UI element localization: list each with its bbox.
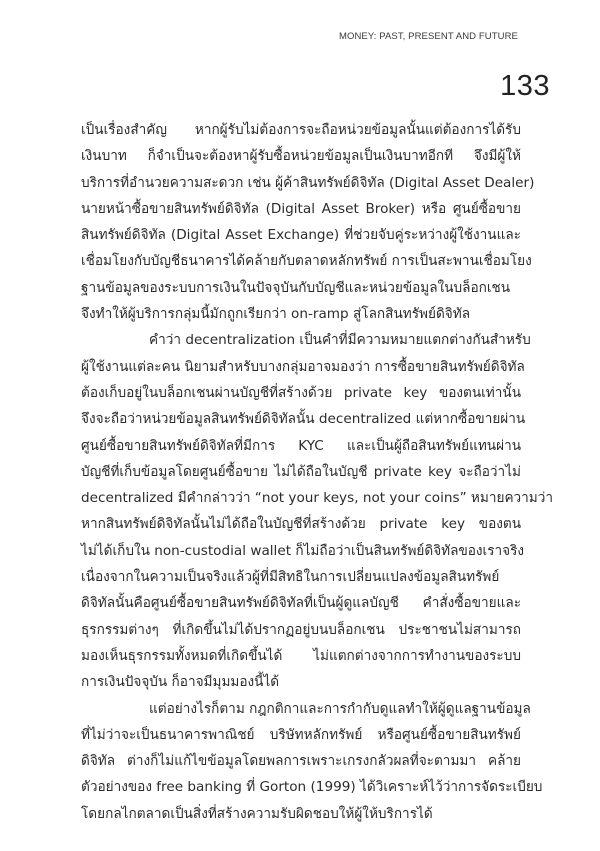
text-line: ผู้ใช้งานแต่ละคน นิยามสำหรับบางกลุ่มอาจม… [81,354,521,380]
paragraph-1: เป็นเรื่องสำคัญ หากผู้รับไม่ต้องการจะถือ… [81,117,521,327]
text-line: บัญชีที่เก็บข้อมูลโดยศูนย์ซื้อขาย ไม่ได้… [81,459,521,485]
text-line: ดิจิทัลนั้นคือศูนย์ซื้อขายสินทรัพย์ดิจิท… [81,590,521,616]
text-line: เป็นเรื่องสำคัญ หากผู้รับไม่ต้องการจะถือ… [81,117,521,143]
text-line: ที่ไม่ว่าจะเป็นธนาคารพาณิชย์ บริษัทหลักท… [81,722,521,748]
text-line: สินทรัพย์ดิจิทัล (Digital Asset Exchange… [81,222,521,248]
text-line: เงินบาท ก็จำเป็นจะต้องหาผู้รับซื้อหน่วยข… [81,143,521,169]
text-line: เนื่องจากในความเป็นจริงแล้วผู้ที่มีสิทธิ… [81,564,521,590]
text-line: แต่อย่างไรก็ตาม กฎกติกาและการกำกับดูแลทำ… [81,696,521,722]
text-line: ต้องเก็บอยู่ในบล็อกเชนผ่านบัญชีที่สร้างด… [81,380,521,406]
text-line: การเงินปัจจุบัน ก็อาจมีมุมมองนี้ได้ [81,669,521,695]
paragraph-2: คำว่า decentralization เป็นคำที่มีความหม… [81,327,521,695]
paragraph-3: แต่อย่างไรก็ตาม กฎกติกาและการกำกับดูแลทำ… [81,696,521,827]
text-line: ธุรกรรมต่างๆ ที่เกิดขึ้นไม่ได้ปรากฏอยู่บ… [81,617,521,643]
text-line: ไม่ได้เก็บใน non-custodial wallet ก็ไม่ถ… [81,538,521,564]
body-text: เป็นเรื่องสำคัญ หากผู้รับไม่ต้องการจะถือ… [81,117,521,827]
running-header: MONEY: PAST, PRESENT AND FUTURE [339,31,518,42]
text-line: จึงจะถือว่าหน่วยข้อมูลสินทรัพย์ดิจิทัลนั… [81,406,521,432]
text-line: โดยกลไกตลาดเป็นสิ่งที่สร้างความรับผิดชอบ… [81,801,521,827]
text-line: ฐานข้อมูลของระบบการเงินในปัจจุบันกับบัญช… [81,275,521,301]
text-line: decentralized มีคำกล่าวว่า “not your key… [81,485,521,511]
text-line: ดิจิทัล ต่างก็ไม่แก้ไขข้อมูลโดยพลการเพรา… [81,748,521,774]
text-line: หากสินทรัพย์ดิจิทัลนั้นไม่ได้ถือในบัญชีท… [81,511,521,537]
text-line: บริการที่อำนวยความสะดวก เช่น ผู้ค้าสินทร… [81,170,521,196]
text-line: คำว่า decentralization เป็นคำที่มีความหม… [81,327,521,353]
text-line: จึงทำให้ผู้บริการกลุ่มนี้มักถูกเรียกว่า … [81,301,521,327]
text-line: มองเห็นธุรกรรมทั้งหมดที่เกิดขึ้นได้ ไม่แ… [81,643,521,669]
text-line: นายหน้าซื้อขายสินทรัพย์ดิจิทัล (Digital … [81,196,521,222]
text-line: เชื่อมโยงกับบัญชีธนาคารได้คล้ายกับตลาดหล… [81,248,521,274]
page-number: 133 [500,70,550,103]
text-line: ตัวอย่างของ free banking ที่ Gorton (199… [81,774,521,800]
text-line: ศูนย์ซื้อขายสินทรัพย์ดิจิทัลที่มีการ KYC… [81,433,521,459]
